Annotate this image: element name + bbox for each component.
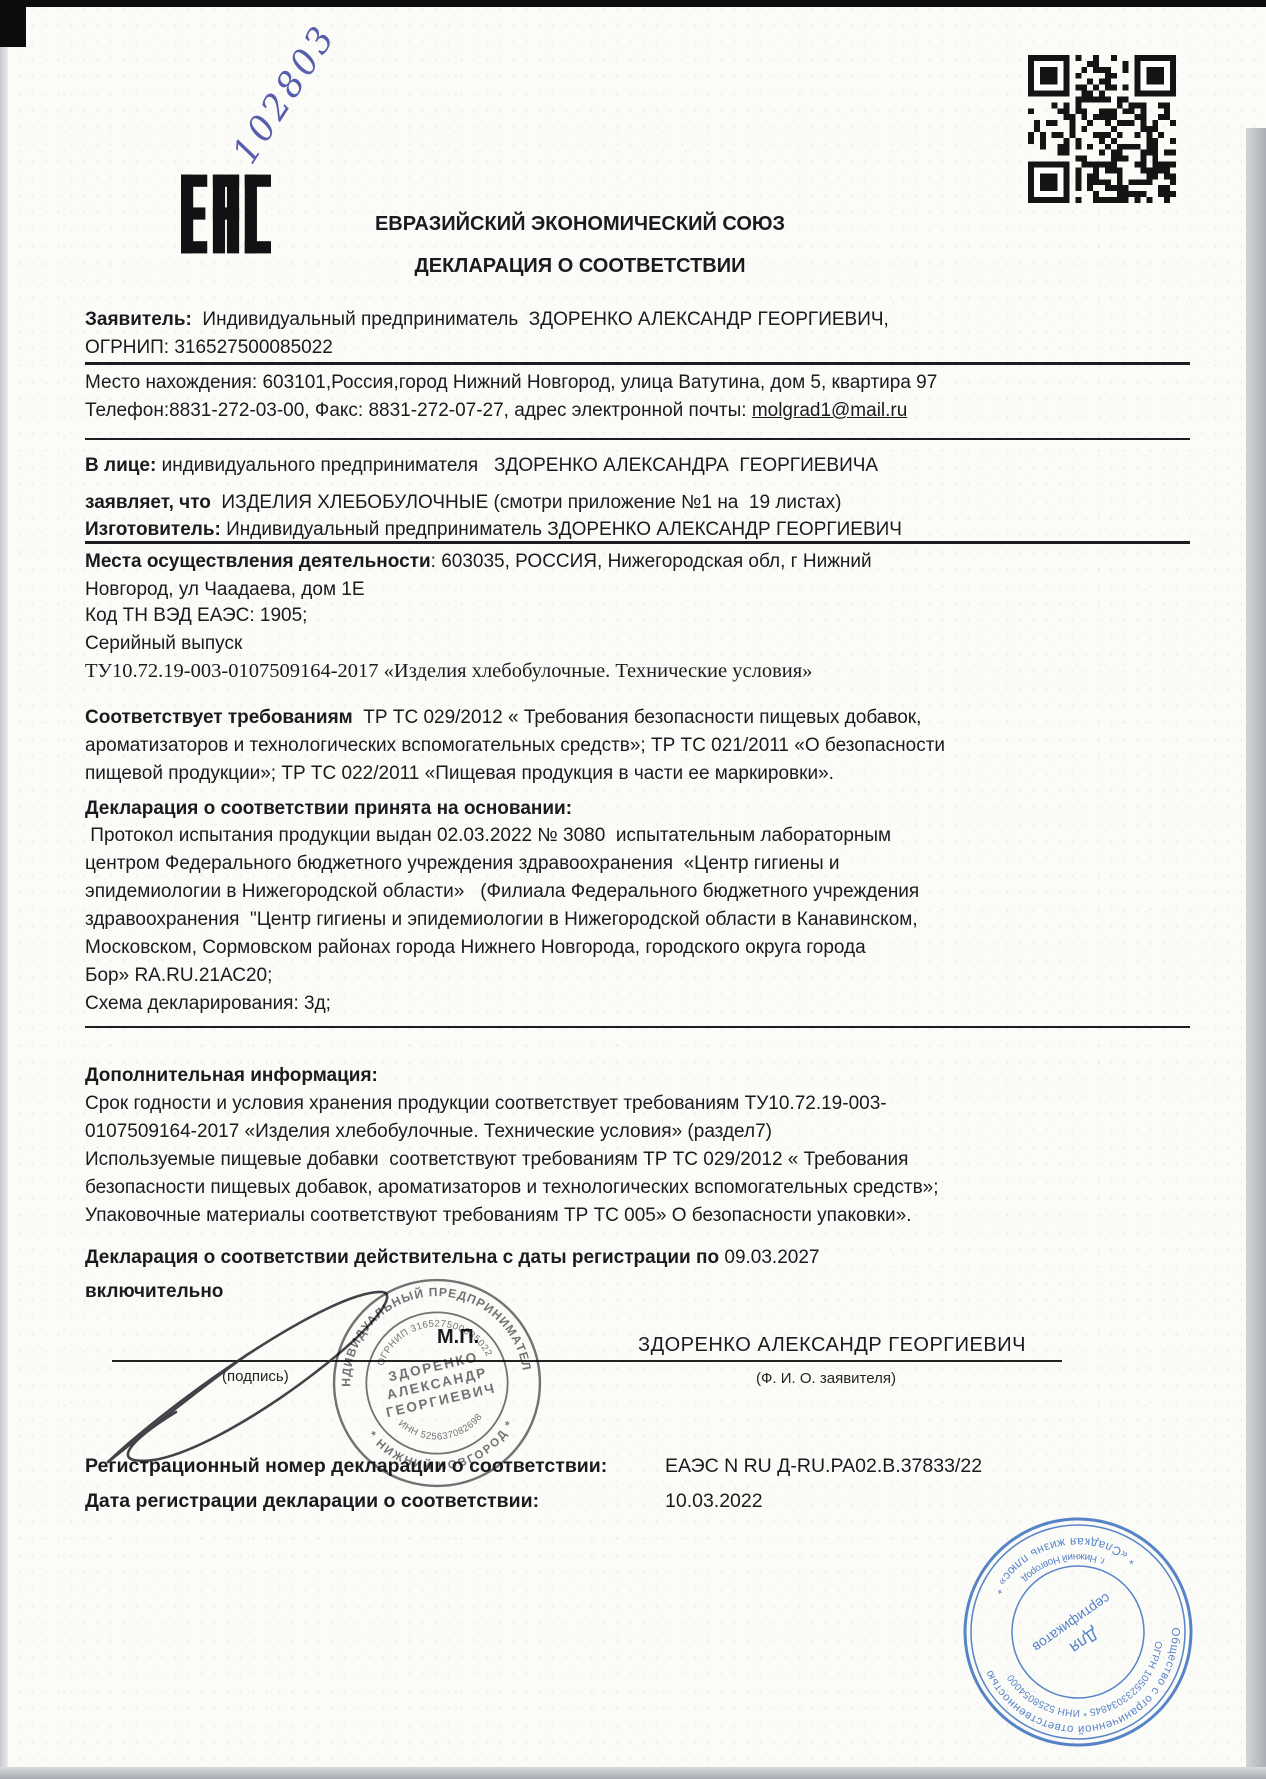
serial-line: Серийный выпуск bbox=[85, 630, 1235, 658]
activity-block: Места осуществления деятельности: 603035… bbox=[85, 548, 1235, 604]
union-title: ЕВРАЗИЙСКИЙ ЭКОНОМИЧЕСКИЙ СОЮЗ bbox=[85, 210, 1075, 238]
separator-2 bbox=[85, 438, 1190, 440]
validity-date: 09.03.2027 bbox=[719, 1247, 819, 1268]
company-blue-stamp: Общество с ограниченной ответственностью… bbox=[934, 1488, 1222, 1776]
in-person-label: В лице: bbox=[85, 455, 156, 476]
reg-number-label: Регистрационный номер декларации о соотв… bbox=[85, 1455, 607, 1478]
tnved-line: Код ТН ВЭД ЕАЭС: 1905; bbox=[85, 602, 1235, 630]
stamp-inn-text: ИНН 525637082698 bbox=[395, 1411, 486, 1446]
activity-label: Места осуществления деятельности bbox=[85, 551, 431, 572]
reg-date-value: 10.03.2022 bbox=[665, 1490, 763, 1513]
declaration-title: ДЕКЛАРАЦИЯ О СООТВЕТСТВИИ bbox=[85, 252, 1075, 280]
scan-edge-top bbox=[0, 0, 1266, 7]
basis-heading: Декларация о соответствии принята на осн… bbox=[85, 795, 1235, 823]
scan-edge-bottom bbox=[0, 1767, 1266, 1779]
manufacturer-text: Индивидуальный предприниматель ЗДОРЕНКО … bbox=[221, 519, 902, 540]
in-person-text: индивидуального предпринимателя ЗДОРЕНКО… bbox=[156, 455, 878, 476]
manufacturer-line: Изготовитель: Индивидуальный предпринима… bbox=[85, 516, 1235, 544]
complies-label: Соответствует требованиям bbox=[85, 707, 353, 728]
complies-paragraph: Соответствует требованиям ТР ТС 029/2012… bbox=[85, 704, 1235, 788]
location-line: Место нахождения: 603101,Россия,город Ни… bbox=[85, 369, 1235, 397]
basis-paragraph: Протокол испытания продукции выдан 02.03… bbox=[85, 822, 1235, 1018]
scanned-declaration-page: 102803 ЕАС ЕВРАЗИЙСКИЙ ЭКОНОМИЧЕСКИЙ СОЮ… bbox=[0, 0, 1266, 1779]
phone-fax-text: Телефон:8831-272-03-00, Факс: 8831-272-0… bbox=[85, 400, 752, 421]
tu-standard-line: ТУ10.72.19-003-0107509164-2017 «Изделия … bbox=[85, 657, 1235, 685]
separator-1 bbox=[85, 362, 1190, 365]
manufacturer-label: Изготовитель: bbox=[85, 519, 221, 540]
applicant-text: Индивидуальный предприниматель ЗДОРЕНКО … bbox=[85, 309, 889, 358]
contacts-line: Телефон:8831-272-03-00, Факс: 8831-272-0… bbox=[85, 397, 1235, 425]
additional-heading: Дополнительная информация: bbox=[85, 1062, 1235, 1090]
separator-4 bbox=[85, 1026, 1190, 1028]
reg-number-value: ЕАЭС N RU Д-RU.РА02.В.37833/22 bbox=[665, 1455, 982, 1478]
scan-edge-right bbox=[1246, 128, 1266, 1779]
applicant-label: Заявитель: bbox=[85, 309, 192, 330]
applicant-name: ЗДОРЕНКО АЛЕКСАНДР ГЕОРГИЕВИЧ bbox=[638, 1334, 1026, 1357]
in-person-line: В лице: индивидуального предпринимателя … bbox=[85, 452, 1235, 480]
additional-paragraph: Срок годности и условия хранения продукц… bbox=[85, 1090, 1235, 1230]
name-caption: (Ф. И. О. заявителя) bbox=[756, 1370, 896, 1387]
declares-text: ИЗДЕЛИЯ ХЛЕБОБУЛОЧНЫЕ (смотри приложение… bbox=[211, 492, 842, 513]
declares-label: заявляет, что bbox=[85, 492, 211, 513]
declares-line: заявляет, что ИЗДЕЛИЯ ХЛЕБОБУЛОЧНЫЕ (смо… bbox=[85, 489, 1235, 517]
email-text: molgrad1@mail.ru bbox=[752, 400, 908, 421]
svg-text:ИНН 525637082698: ИНН 525637082698 bbox=[395, 1411, 486, 1446]
scan-corner-top-left bbox=[0, 0, 26, 47]
reg-date-label: Дата регистрации декларации о соответств… bbox=[85, 1490, 539, 1513]
qr-code bbox=[1028, 55, 1176, 203]
applicant-block: Заявитель: Индивидуальный предпринимател… bbox=[85, 306, 1235, 362]
scan-edge-left bbox=[0, 47, 8, 1779]
separator-3 bbox=[85, 541, 1190, 544]
